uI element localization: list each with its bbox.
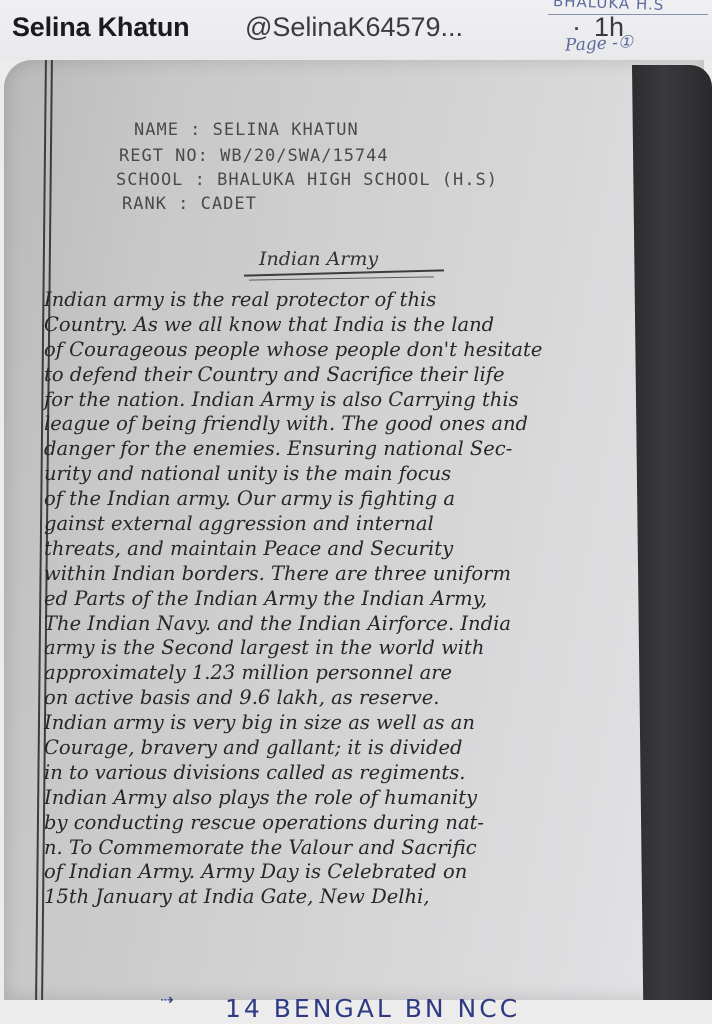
essay-title: Indian Army bbox=[259, 248, 378, 270]
essay-line: ed Parts of the Indian Army the Indian A… bbox=[44, 587, 664, 612]
title-underline bbox=[249, 276, 434, 280]
essay-line: league of being friendly with. The good … bbox=[44, 412, 664, 437]
detail-rank: RANK : CADET bbox=[122, 194, 257, 214]
essay-line: Indian army is the real protector of thi… bbox=[44, 288, 664, 313]
essay-line: within Indian borders. There are three u… bbox=[44, 562, 664, 587]
essay-line: approximately 1.23 million personnel are bbox=[44, 661, 664, 686]
detail-regt-no: REGT NO: WB/20/SWA/15744 bbox=[119, 146, 389, 166]
essay-line: on active basis and 9.6 lakh, as reserve… bbox=[44, 686, 664, 711]
essay-line: danger for the enemies. Ensuring nationa… bbox=[44, 437, 664, 462]
essay-photo: NAME : SELINA KHATUN REGT NO: WB/20/SWA/… bbox=[4, 60, 704, 1000]
annotation-underline bbox=[548, 14, 708, 15]
essay-line: Courage, bravery and gallant; it is divi… bbox=[44, 736, 664, 761]
essay-line: Country. As we all know that India is th… bbox=[44, 313, 664, 338]
arrow-icon: ⇢ bbox=[160, 990, 173, 1009]
essay-line: by conducting rescue operations during n… bbox=[44, 811, 664, 836]
essay-line: threats, and maintain Peace and Security bbox=[44, 537, 664, 562]
essay-line: Indian army is very big in size as well … bbox=[44, 711, 664, 736]
essay-line: 15th January at India Gate, New Delhi, bbox=[44, 885, 664, 910]
essay-line: in to various divisions called as regime… bbox=[44, 761, 664, 786]
essay-line: n. To Commemorate the Valour and Sacrifi… bbox=[44, 836, 664, 861]
essay-line: army is the Second largest in the world … bbox=[44, 636, 664, 661]
essay-line: urity and national unity is the main foc… bbox=[44, 462, 664, 487]
detail-school: SCHOOL : BHALUKA HIGH SCHOOL (H.S) bbox=[116, 170, 498, 190]
essay-line: to defend their Country and Sacrifice th… bbox=[44, 363, 664, 388]
essay-body: Indian army is the real protector of thi… bbox=[44, 288, 664, 910]
unit-annotation: 14 BENGAL BN NCC bbox=[225, 994, 520, 1023]
essay-line: for the nation. Indian Army is also Carr… bbox=[44, 388, 664, 413]
essay-line: of Indian Army. Army Day is Celebrated o… bbox=[44, 860, 664, 885]
author-name[interactable]: Selina Khatun bbox=[12, 12, 189, 43]
essay-line: Indian Army also plays the role of human… bbox=[44, 786, 664, 811]
essay-line: gainst external aggression and internal bbox=[44, 512, 664, 537]
essay-line: The Indian Navy. and the Indian Airforce… bbox=[44, 612, 664, 637]
author-handle[interactable]: @SelinaK64579... bbox=[245, 12, 463, 43]
detail-name: NAME : SELINA KHATUN bbox=[134, 120, 359, 140]
dark-background-strip bbox=[632, 65, 712, 1000]
page-number-annotation: Page -① bbox=[565, 32, 634, 56]
essay-line: of the Indian army. Our army is fighting… bbox=[44, 487, 664, 512]
essay-line: of Courageous people whose people don't … bbox=[44, 338, 664, 363]
title-underline bbox=[244, 269, 444, 276]
